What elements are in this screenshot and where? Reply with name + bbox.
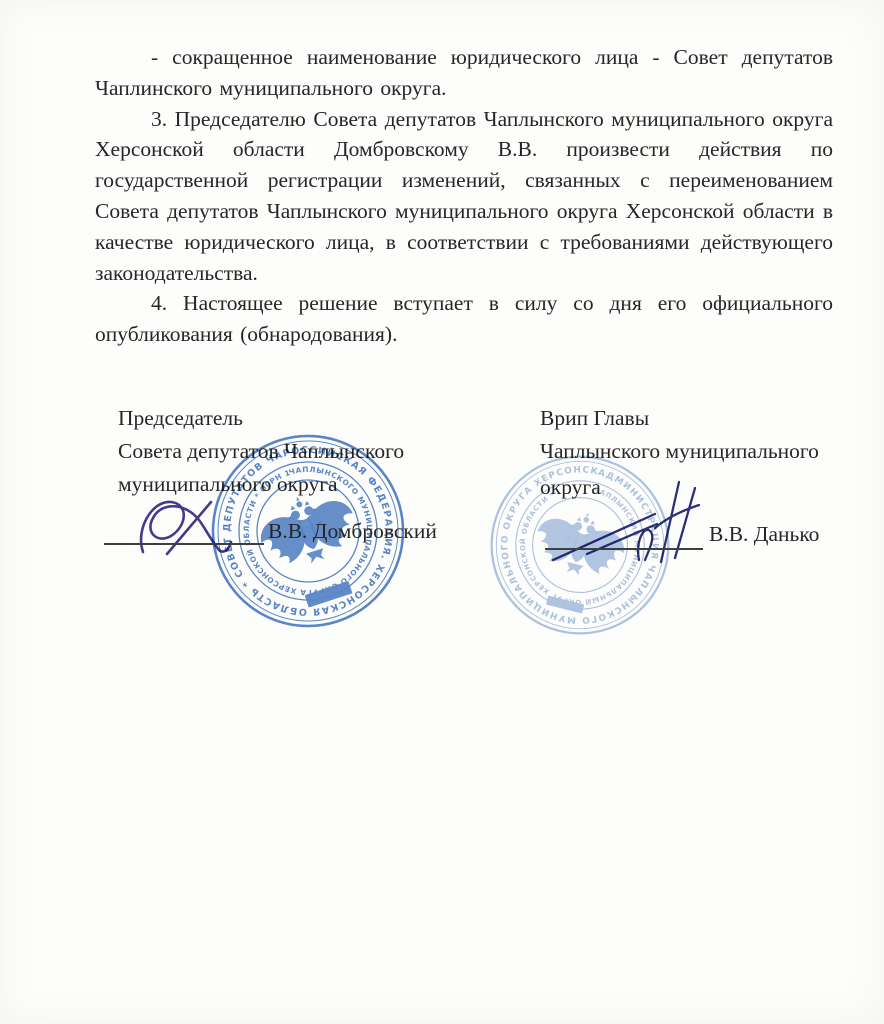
signature-dombrovsky-strokes [135, 490, 265, 568]
document-page: - сокращенное наименование юридического … [0, 0, 884, 1024]
chairman-title-line1: Председатель [118, 402, 448, 435]
signature-danko [535, 476, 713, 568]
signature-dombrovsky [135, 490, 265, 568]
paragraph-item-4: 4. Настоящее решение вступает в силу со … [95, 288, 833, 350]
document-body: - сокращенное наименование юридического … [95, 42, 833, 350]
signer-name-danko: В.В. Данько [709, 522, 819, 547]
paragraph-item-3: 3. Председателю Совета депутатов Чаплынс… [95, 104, 833, 289]
paragraph-short-name: - сокращенное наименование юридического … [95, 42, 833, 104]
signature-line-right [545, 548, 703, 550]
signer-name-dombrovsky: В.В. Домбровский [268, 519, 437, 544]
signature-line-left [104, 543, 264, 545]
acting-head-title-line1: Врип Главы [540, 402, 850, 435]
signature-danko-strokes [535, 476, 713, 568]
